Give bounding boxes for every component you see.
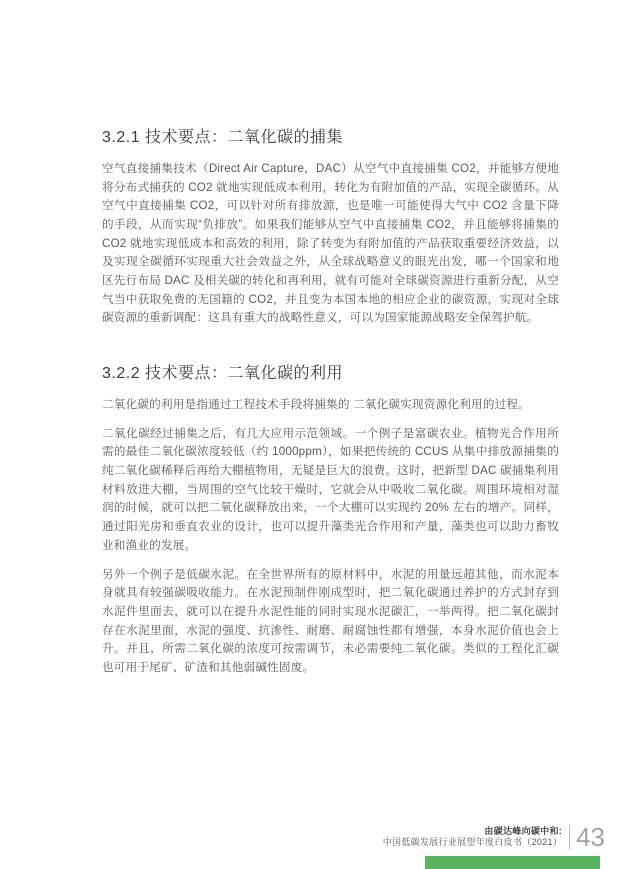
document-page: 3.2.1 技术要点：二氧化碳的捕集 空气直接捕集技术（Direct Air C…	[0, 0, 640, 869]
paragraph-utilization-agriculture: 二氧化碳经过捕集之后，有几大应用示范领域。一个例子是富碳农业。植物光合作用所需的…	[102, 425, 559, 556]
paragraph-utilization-cement: 另外一个例子是低碳水泥。在全世界所有的原材料中，水泥的用量远超其他，而水泥本身就…	[102, 566, 559, 678]
paragraph-utilization-intro: 二氧化碳的利用是指通过工程技术手段将捕集的 二氧化碳实现资源化利用的过程。	[102, 396, 559, 415]
page-content: 3.2.1 技术要点：二氧化碳的捕集 空气直接捕集技术（Direct Air C…	[102, 128, 559, 678]
page-footer: 由碳达峰向碳中和: 中国低碳发展行业展望年度白皮书（2021） 43	[383, 824, 605, 850]
section-title-utilization: 3.2.2 技术要点：二氧化碳的利用	[102, 364, 559, 385]
section-title-capture: 3.2.1 技术要点：二氧化碳的捕集	[102, 128, 559, 149]
page-number: 43	[576, 824, 605, 850]
footer-report-series: 由碳达峰向碳中和:	[383, 826, 562, 837]
accent-bar	[425, 856, 600, 869]
footer-divider	[569, 825, 570, 849]
footer-title-block: 由碳达峰向碳中和: 中国低碳发展行业展望年度白皮书（2021）	[383, 826, 562, 849]
paragraph-capture-1: 空气直接捕集技术（Direct Air Capture，DAC）从空气中直接捕集…	[102, 160, 559, 328]
footer-report-title: 中国低碳发展行业展望年度白皮书（2021）	[383, 837, 562, 848]
